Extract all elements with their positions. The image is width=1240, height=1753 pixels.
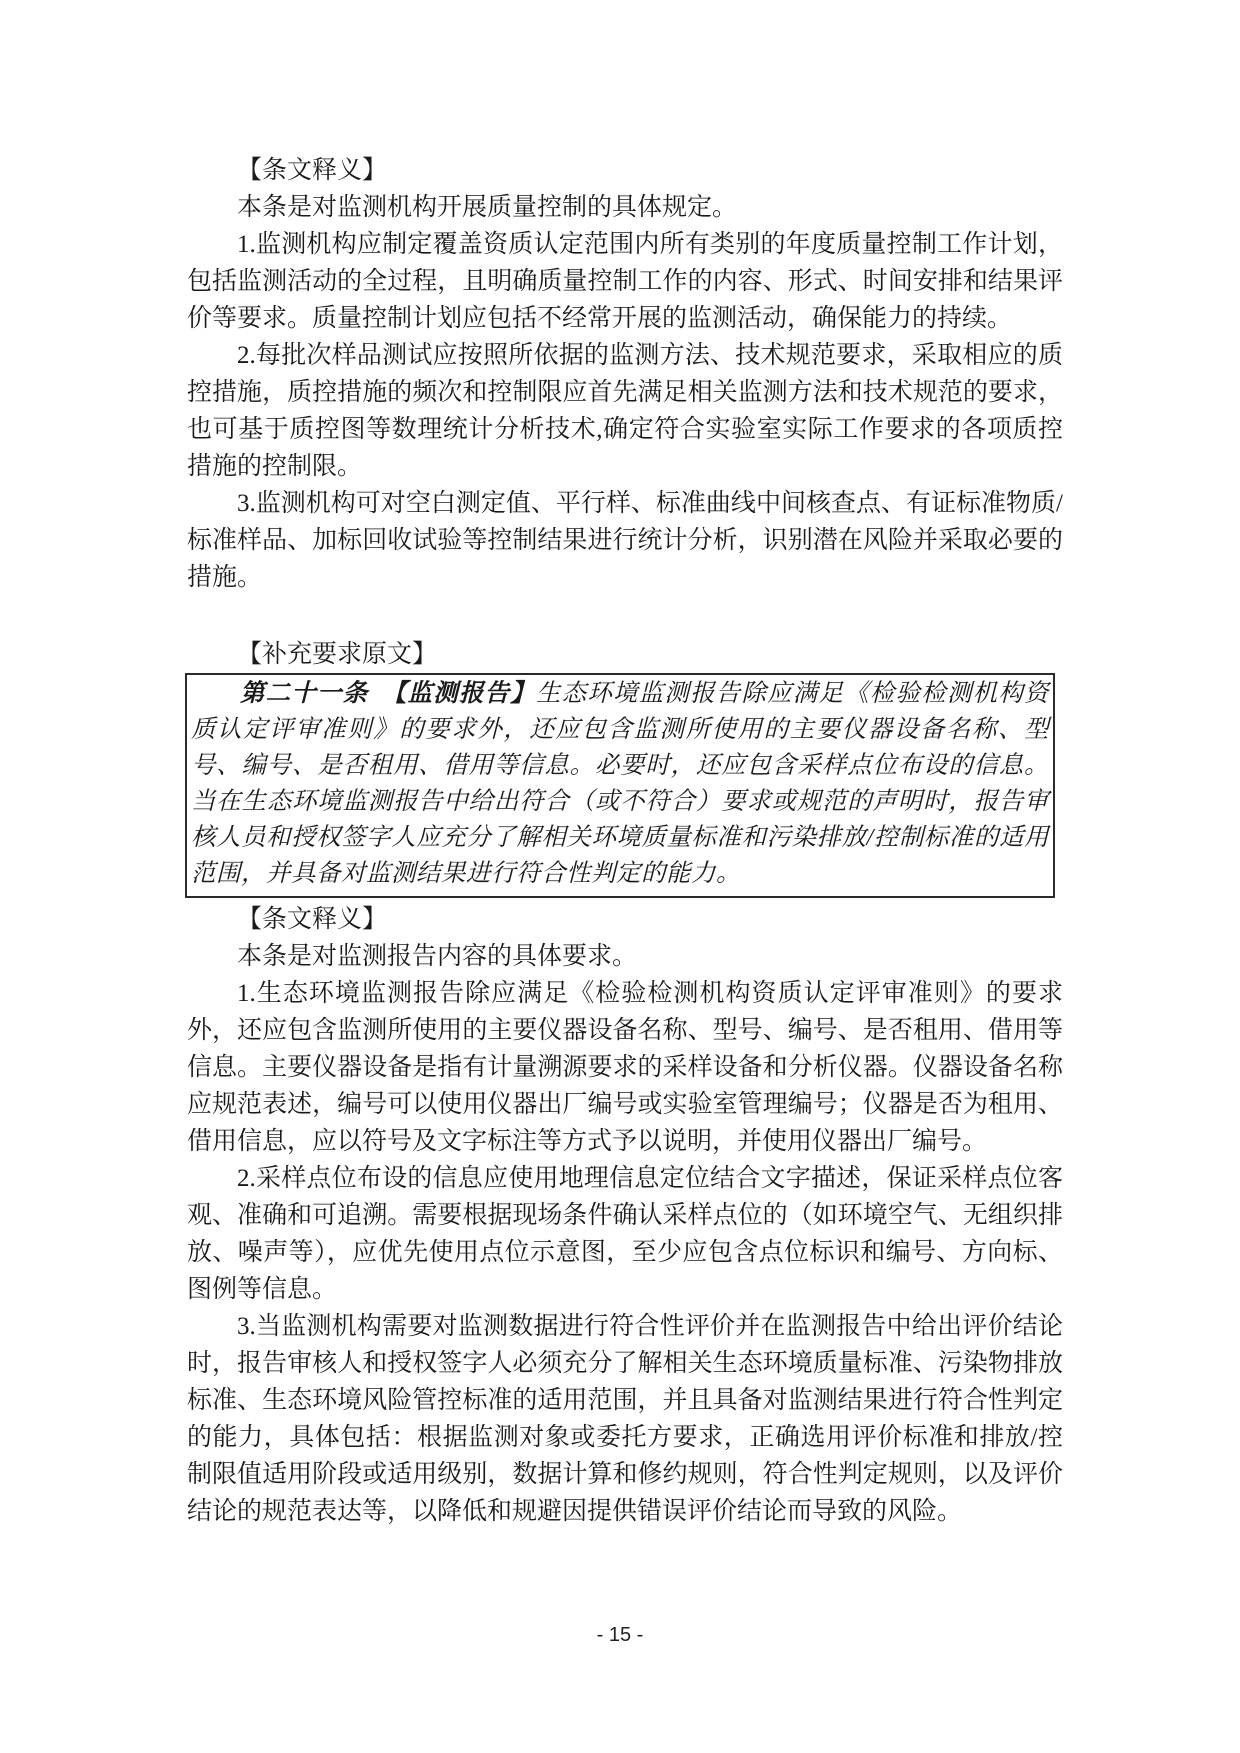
paragraph-section2-intro: 本条是对监测报告内容的具体要求。 xyxy=(187,938,1063,975)
article-21-title: 【监测报告】 xyxy=(382,680,536,707)
article-21-paragraph: 第二十一条【监测报告】生态环境监测报告除应满足《检验检测机构资质认定评审准则》的… xyxy=(191,676,1049,892)
paragraph-section1-item1: 1.监测机构应制定覆盖资质认定范围内所有类别的年度质量控制工作计划，包括监测活动… xyxy=(187,226,1063,337)
paragraph-section1-item2: 2.每批次样品测试应按照所依据的监测方法、技术规范要求，采取相应的质控措施，质控… xyxy=(187,337,1063,485)
section-heading-interpretation-2: 【条文释义】 xyxy=(187,901,1063,938)
section-heading-supplement: 【补充要求原文】 xyxy=(187,636,1063,673)
section-heading-interpretation-1: 【条文释义】 xyxy=(187,152,1063,189)
paragraph-section2-item2: 2.采样点位布设的信息应使用地理信息定位结合文字描述，保证采样点位客观、准确和可… xyxy=(187,1160,1063,1308)
paragraph-section2-item3: 3.当监测机构需要对监测数据进行符合性评价并在监测报告中给出评价结论时，报告审核… xyxy=(187,1308,1063,1530)
paragraph-section1-intro: 本条是对监测机构开展质量控制的具体规定。 xyxy=(187,189,1063,226)
article-21-number: 第二十一条 xyxy=(240,680,368,707)
article-21-box: 第二十一条【监测报告】生态环境监测报告除应满足《检验检测机构资质认定评审准则》的… xyxy=(185,673,1055,898)
document-page: 【条文释义】 本条是对监测机构开展质量控制的具体规定。 1.监测机构应制定覆盖资… xyxy=(0,0,1240,1753)
page-number: - 15 - xyxy=(0,1624,1240,1647)
page-content: 【条文释义】 本条是对监测机构开展质量控制的具体规定。 1.监测机构应制定覆盖资… xyxy=(187,152,1063,1530)
paragraph-section1-item3: 3.监测机构可对空白测定值、平行样、标准曲线中间核查点、有证标准物质/标准样品、… xyxy=(187,485,1063,596)
paragraph-section2-item1: 1.生态环境监测报告除应满足《检验检测机构资质认定评审准则》的要求外，还应包含监… xyxy=(187,975,1063,1160)
article-21-body: 生态环境监测报告除应满足《检验检测机构资质认定评审准则》的要求外，还应包含监测所… xyxy=(191,680,1049,887)
